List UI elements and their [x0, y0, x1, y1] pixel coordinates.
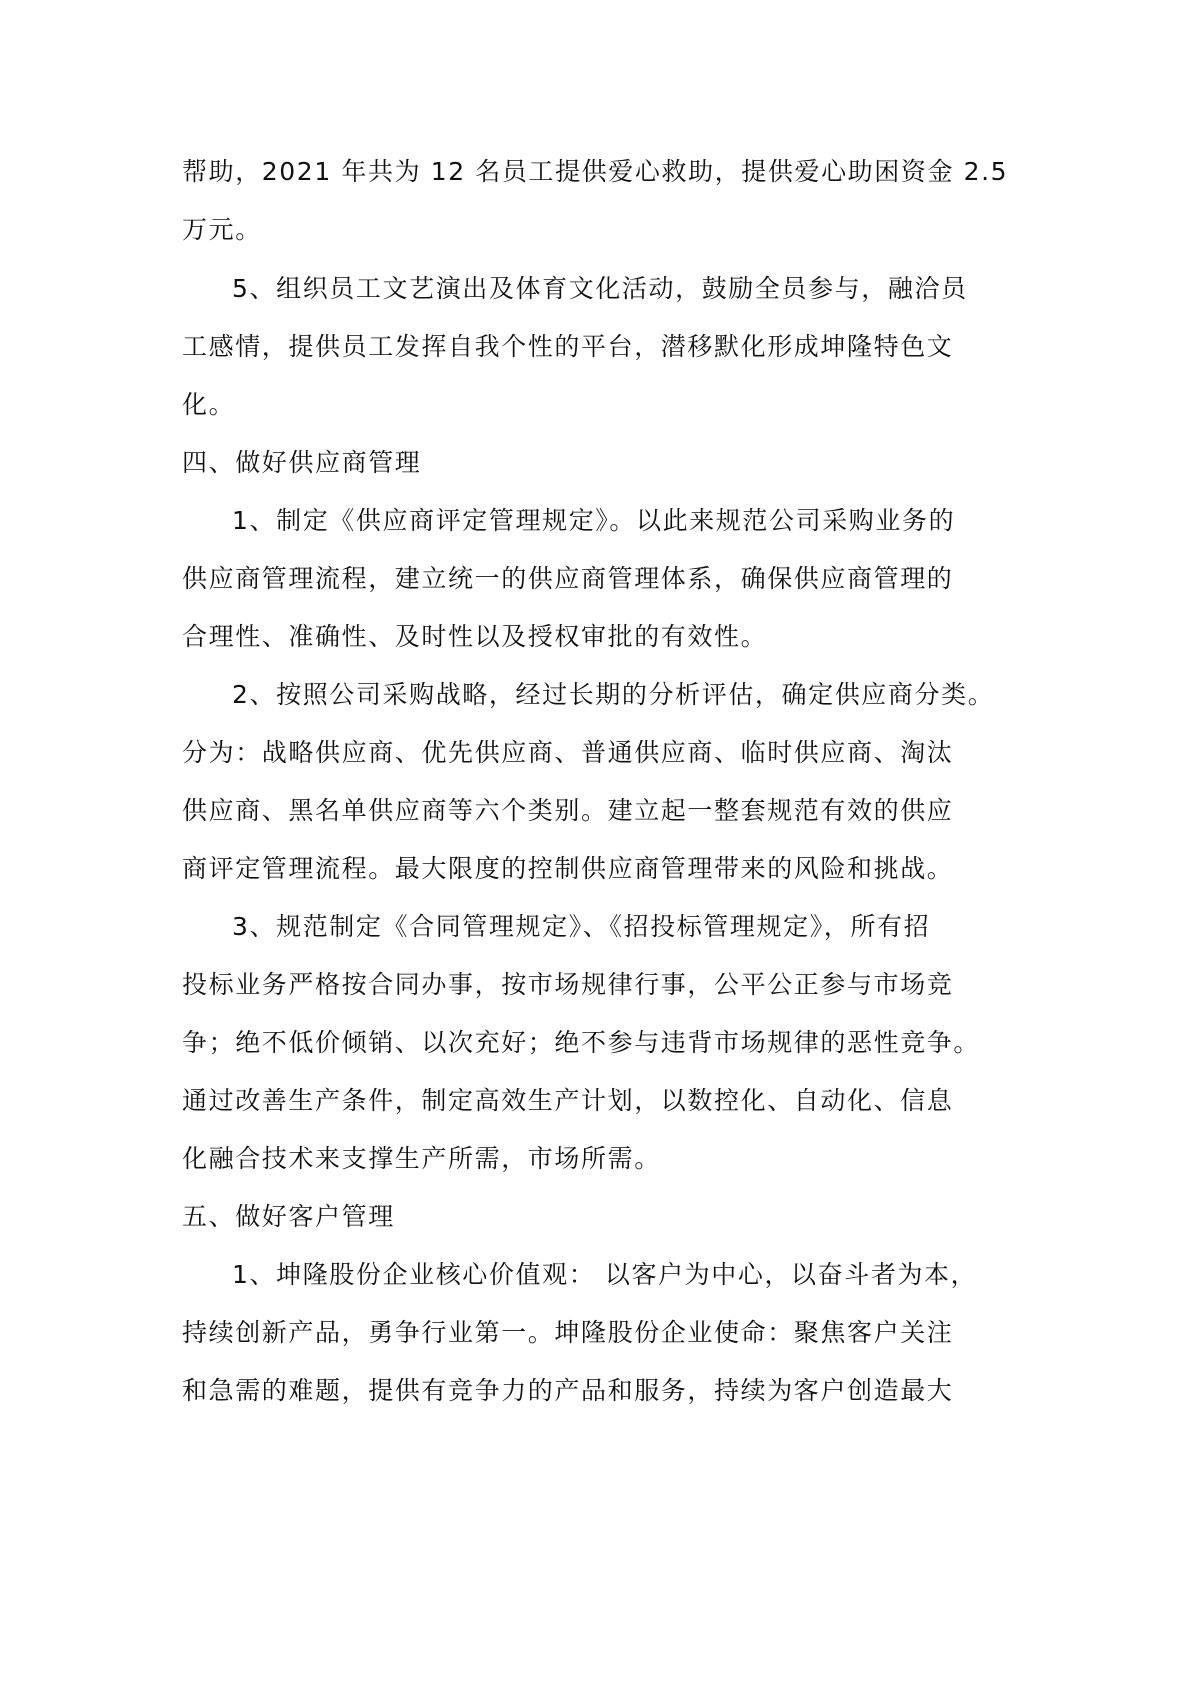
text-line: 商评定管理流程。最大限度的控制供应商管理带来的风险和挑战。: [182, 852, 1012, 886]
text-line: 1、制定《供应商评定管理规定》。以此来规范公司采购业务的: [232, 504, 1012, 538]
section-heading-customer-management: 五、做好客户管理: [182, 1200, 1012, 1234]
text-line: 5、组织员工文艺演出及体育文化活动，鼓励全员参与，融洽员: [232, 272, 1012, 306]
text-line: 帮助，2021 年共为 12 名员工提供爱心救助，提供爱心助困资金 2.5: [182, 155, 1012, 189]
text-line: 2、按照公司采购战略，经过长期的分析评估，确定供应商分类。: [232, 678, 1012, 712]
text-line: 3、规范制定《合同管理规定》、《招投标管理规定》，所有招: [232, 910, 1012, 944]
text-line: 供应商管理流程，建立统一的供应商管理体系，确保供应商管理的: [182, 562, 1012, 596]
text-line: 万元。: [182, 213, 1012, 247]
text-line: 化融合技术来支撑生产所需，市场所需。: [182, 1142, 1012, 1176]
text-line: 争；绝不低价倾销、以次充好；绝不参与违背市场规律的恶性竞争。: [182, 1026, 1012, 1060]
text-line: 化。: [182, 388, 1012, 422]
text-line: 投标业务严格按合同办事，按市场规律行事，公平公正参与市场竞: [182, 968, 1012, 1002]
text-line: 通过改善生产条件，制定高效生产计划，以数控化、自动化、信息: [182, 1084, 1012, 1118]
text-line: 分为：战略供应商、优先供应商、普通供应商、临时供应商、淘汰: [182, 736, 1012, 770]
document-page: 帮助，2021 年共为 12 名员工提供爱心救助，提供爱心助困资金 2.5 万元…: [0, 0, 1190, 1683]
text-line: 持续创新产品，勇争行业第一。坤隆股份企业使命：聚焦客户关注: [182, 1316, 1012, 1350]
text-line: 合理性、准确性、及时性以及授权审批的有效性。: [182, 620, 1012, 654]
section-heading-supplier-management: 四、做好供应商管理: [182, 446, 1012, 480]
text-line: 1、坤隆股份企业核心价值观： 以客户为中心，以奋斗者为本，: [232, 1258, 1012, 1292]
text-line: 供应商、黑名单供应商等六个类别。建立起一整套规范有效的供应: [182, 794, 1012, 828]
text-line: 工感情，提供员工发挥自我个性的平台，潜移默化形成坤隆特色文: [182, 330, 1012, 364]
text-line: 和急需的难题，提供有竞争力的产品和服务，持续为客户创造最大: [182, 1374, 1012, 1408]
